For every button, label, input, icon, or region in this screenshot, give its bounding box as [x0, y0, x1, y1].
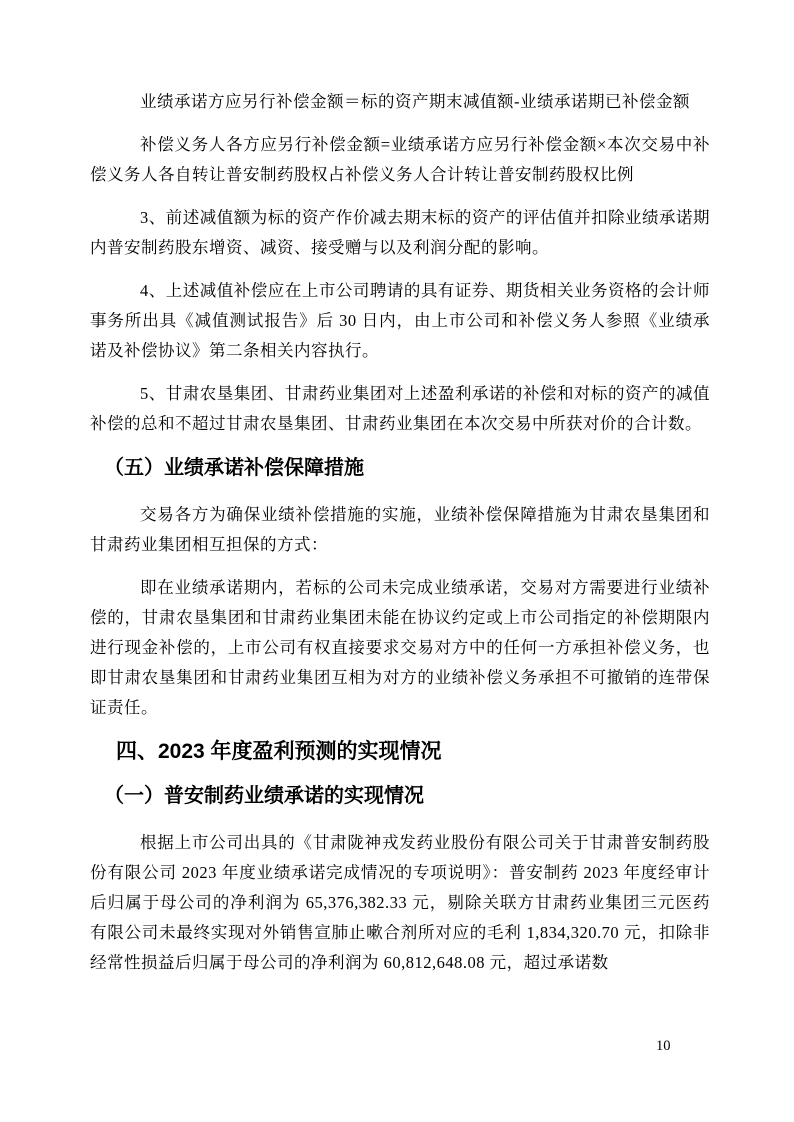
document-body: 业绩承诺方应另行补偿金额＝标的资产期末减值额-业绩承诺期已补偿金额 补偿义务人各…	[90, 87, 710, 991]
clause-5-compensation-cap: 5、甘肃农垦集团、甘肃药业集团对上述盈利承诺的补偿和对标的资产的减值补偿的总和不…	[90, 379, 710, 439]
paragraph-puan-performance-result: 根据上市公司出具的《甘肃陇神戎发药业股份有限公司关于甘肃普安制药股份有限公司 2…	[90, 828, 710, 978]
paragraph-safeguard-detail: 即在业绩承诺期内，若标的公司未完成业绩承诺，交易对方需要进行业绩补偿的，甘肃农垦…	[90, 573, 710, 723]
document-page: 业绩承诺方应另行补偿金额＝标的资产期末减值额-业绩承诺期已补偿金额 补偿义务人各…	[0, 0, 794, 1122]
clause-3-impairment-definition: 3、前述减值额为标的资产作价减去期末标的资产的评估值并扣除业绩承诺期内普安制药股…	[90, 203, 710, 263]
formula-compensation-amount: 业绩承诺方应另行补偿金额＝标的资产期末减值额-业绩承诺期已补偿金额	[90, 87, 710, 117]
page-number: 10	[656, 1037, 671, 1055]
heading-chapter-4-profit-forecast: 四、2023 年度盈利预测的实现情况	[90, 736, 710, 768]
paragraph-safeguard-intro: 交易各方为确保业绩补偿措施的实施，业绩补偿保障措施为甘肃农垦集团和甘肃药业集团相…	[90, 500, 710, 560]
clause-4-impairment-compensation: 4、上述减值补偿应在上市公司聘请的具有证券、期货相关业务资格的会计师事务所出具《…	[90, 276, 710, 366]
heading-section-1-puan-commitment: （一）普安制药业绩承诺的实现情况	[90, 780, 710, 812]
heading-section-5-safeguard-measures: （五）业绩承诺补偿保障措施	[90, 452, 710, 484]
formula-obligor-share: 补偿义务人各方应另行补偿金额=业绩承诺方应另行补偿金额×本次交易中补偿义务人各自…	[90, 130, 710, 190]
